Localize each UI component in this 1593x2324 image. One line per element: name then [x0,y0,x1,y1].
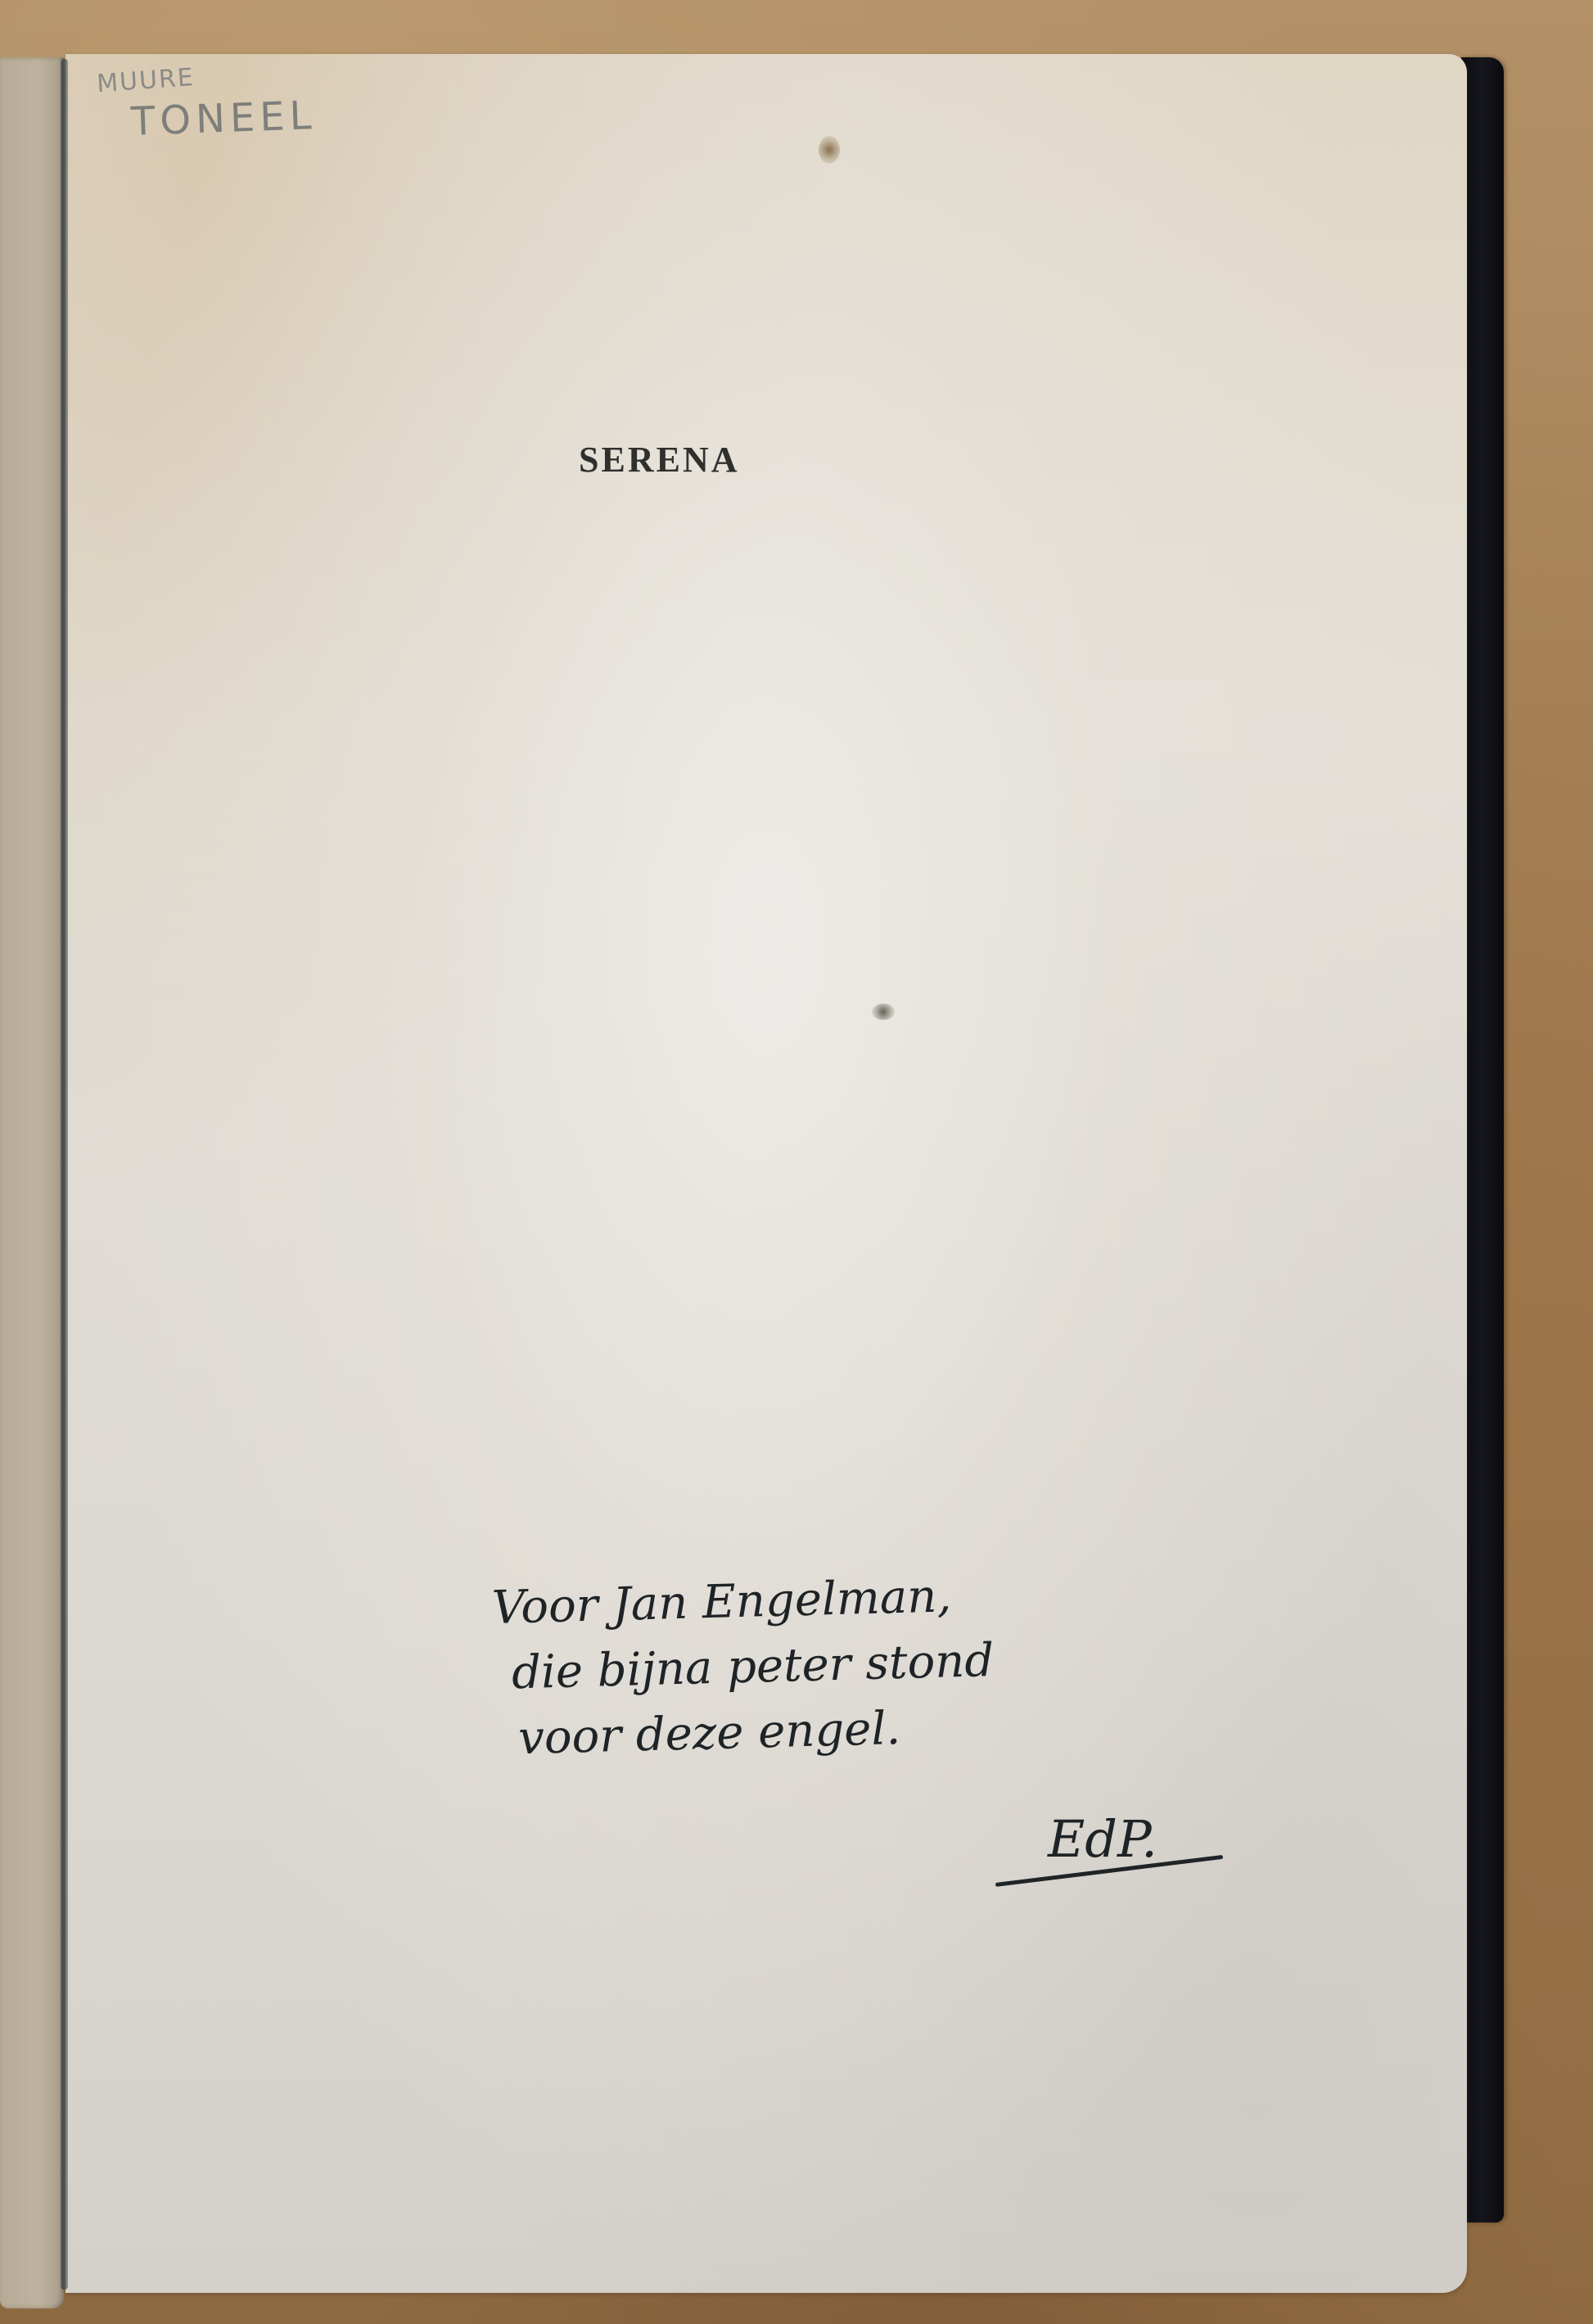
title-page: MUURE TONEEL SERENA [65,54,1467,2293]
pencil-annotation-line: TONEEL [130,93,317,145]
page-gutter [61,59,68,2290]
pencil-annotation: MUURE TONEEL [90,62,316,142]
book-cover-edge [1461,57,1504,2222]
previous-leaf-edge [0,57,64,2308]
foxing-spot [819,136,840,164]
author-signature: EdP. [1048,1809,1158,1869]
handwritten-dedication: Voor Jan Engelman, die bijna peter stond… [491,1563,996,1772]
dedication-line: die bijna peter stond [511,1628,995,1706]
foxing-spot [872,1004,895,1020]
pencil-annotation-line: MUURE [96,55,317,99]
book-title: SERENA [579,439,740,481]
dedication-line: voor deze engel. [517,1694,996,1771]
